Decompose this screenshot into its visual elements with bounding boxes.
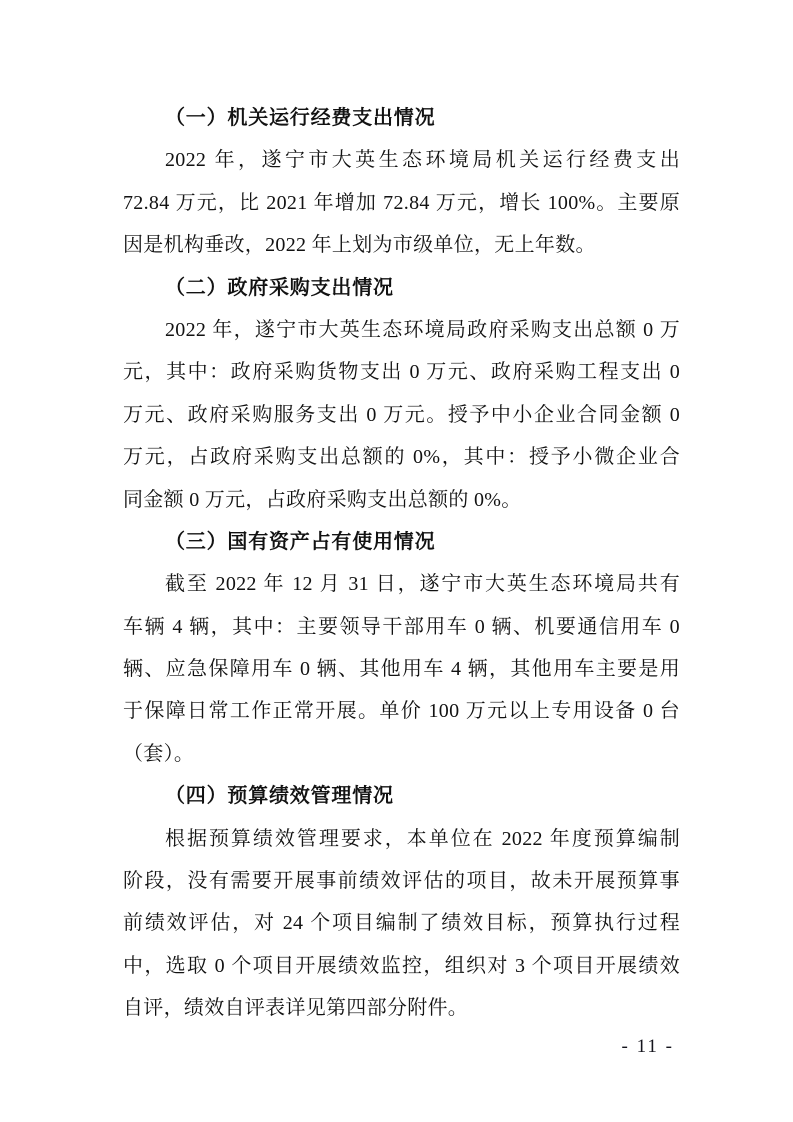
text-line: 前绩效评估，对 24 个项目编制了绩效目标，预算执行过程 (123, 902, 680, 944)
section-government-procurement: （二）政府采购支出情况 2022 年，遂宁市大英生态环境局政府采购支出总额 0 … (123, 267, 680, 521)
document-content: （一）机关运行经费支出情况 2022 年，遂宁市大英生态环境局机关运行经费支出 … (123, 97, 680, 1062)
section-heading: （一）机关运行经费支出情况 (123, 97, 680, 139)
text-line: 2022 年，遂宁市大英生态环境局机关运行经费支出 (123, 139, 680, 181)
text-line: 72.84 万元，比 2021 年增加 72.84 万元，增长 100%。主要原 (123, 182, 680, 224)
text-line: 截至 2022 年 12 月 31 日，遂宁市大英生态环境局共有 (123, 563, 680, 605)
text-line: 元，其中：政府采购货物支出 0 万元、政府采购工程支出 0 (123, 351, 680, 393)
section-heading: （四）预算绩效管理情况 (123, 775, 680, 817)
text-line: 于保障日常工作正常开展。单价 100 万元以上专用设备 0 台 (123, 690, 680, 732)
text-line: 阶段，没有需要开展事前绩效评估的项目，故未开展预算事 (123, 860, 680, 902)
text-line: （套）。 (123, 733, 680, 775)
section-budget-performance: （四）预算绩效管理情况 根据预算绩效管理要求，本单位在 2022 年度预算编制 … (123, 775, 680, 1029)
text-line: 万元，占政府采购支出总额的 0%，其中：授予小微企业合 (123, 436, 680, 478)
section-heading: （二）政府采购支出情况 (123, 267, 680, 309)
text-line: 辆、应急保障用车 0 辆、其他用车 4 辆，其他用车主要是用 (123, 648, 680, 690)
text-line: 万元、政府采购服务支出 0 万元。授予中小企业合同金额 0 (123, 394, 680, 436)
text-line: 车辆 4 辆，其中：主要领导干部用车 0 辆、机要通信用车 0 (123, 606, 680, 648)
section-heading: （三）国有资产占有使用情况 (123, 521, 680, 563)
section-organ-operating-expense: （一）机关运行经费支出情况 2022 年，遂宁市大英生态环境局机关运行经费支出 … (123, 97, 680, 267)
page-number: - 11 - (123, 1032, 680, 1062)
text-line: 因是机构垂改，2022 年上划为市级单位，无上年数。 (123, 224, 680, 266)
text-line: 根据预算绩效管理要求，本单位在 2022 年度预算编制 (123, 818, 680, 860)
document-page: （一）机关运行经费支出情况 2022 年，遂宁市大英生态环境局机关运行经费支出 … (0, 0, 793, 1122)
text-line: 中，选取 0 个项目开展绩效监控，组织对 3 个项目开展绩效 (123, 945, 680, 987)
text-line: 2022 年，遂宁市大英生态环境局政府采购支出总额 0 万 (123, 309, 680, 351)
text-line: 自评，绩效自评表详见第四部分附件。 (123, 987, 680, 1029)
text-line: 同金额 0 万元，占政府采购支出总额的 0%。 (123, 479, 680, 521)
section-state-assets: （三）国有资产占有使用情况 截至 2022 年 12 月 31 日，遂宁市大英生… (123, 521, 680, 775)
